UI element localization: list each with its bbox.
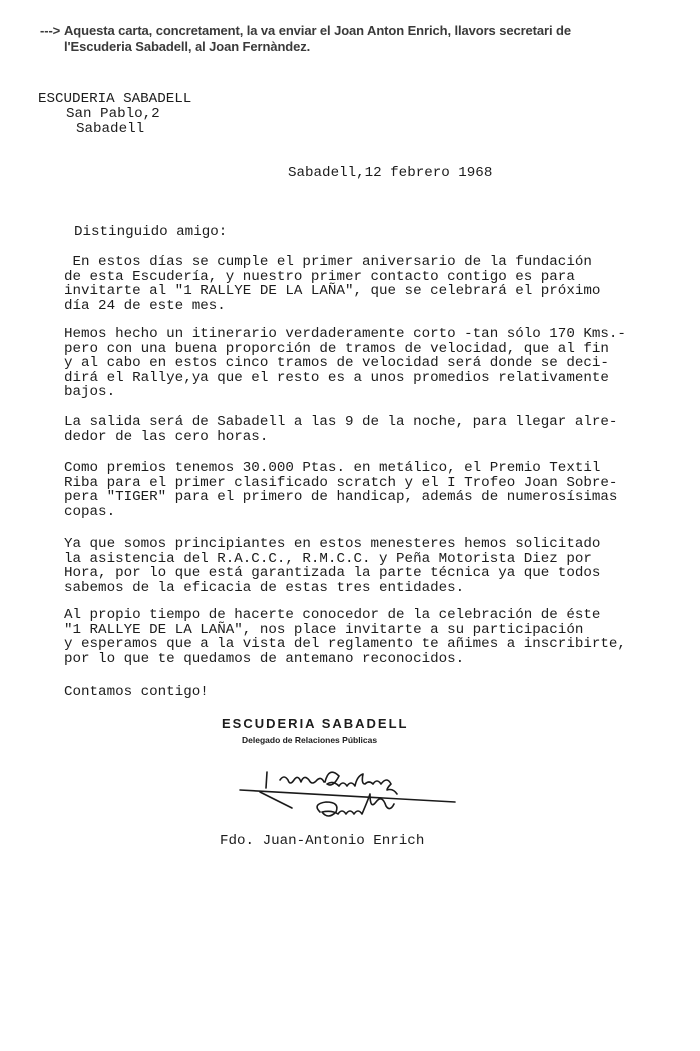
paragraph-line: invitarte al "1 RALLYE DE LA LAÑA", que …	[64, 284, 600, 299]
paragraph-line: y esperamos que a la vista del reglament…	[64, 637, 626, 652]
signed-name: Fdo. Juan-Antonio Enrich	[220, 834, 424, 849]
paragraph-line: pero con una buena proporción de tramos …	[64, 342, 626, 357]
paragraph-line: Riba para el primer clasificado scratch …	[64, 476, 617, 491]
paragraph-line: Como premios tenemos 30.000 Ptas. en met…	[64, 461, 617, 476]
paragraph-line: sabemos de la eficacia de estas tres ent…	[64, 581, 600, 596]
letter-date: Sabadell,12 febrero 1968	[288, 166, 492, 181]
stamp-role: Delegado de Relaciones Públicas	[242, 735, 377, 745]
paragraph-line: día 24 de este mes.	[64, 299, 600, 314]
paragraph-line: Hemos hecho un itinerario verdaderamente…	[64, 327, 626, 342]
paragraph-line: "1 RALLYE DE LA LAÑA", nos place invitar…	[64, 623, 626, 638]
paragraph-line: Ya que somos principiantes en estos mene…	[64, 537, 600, 552]
paragraph-line: La salida será de Sabadell a las 9 de la…	[64, 415, 617, 430]
greeting: Distinguido amigo:	[74, 225, 227, 240]
paragraph: Ya que somos principiantes en estos mene…	[64, 537, 600, 595]
sender-name: ESCUDERIA SABADELL	[38, 92, 191, 107]
paragraph-line: dirá el Rallye,ya que el resto es a unos…	[64, 371, 626, 386]
stamp-organization: ESCUDERIA SABADELL	[222, 716, 408, 731]
signature-icon	[230, 760, 480, 835]
paragraph: En estos días se cumple el primer aniver…	[64, 255, 600, 313]
paragraph: La salida será de Sabadell a las 9 de la…	[64, 415, 617, 444]
paragraph-line: dedor de las cero horas.	[64, 430, 617, 445]
paragraph-line: bajos.	[64, 385, 626, 400]
paragraph-line: Al propio tiempo de hacerte conocedor de…	[64, 608, 626, 623]
paragraph-line: la asistencia del R.A.C.C., R.M.C.C. y P…	[64, 552, 600, 567]
paragraph-line: Hora, por lo que está garantizada la par…	[64, 566, 600, 581]
paragraph-line: y al cabo en estos cinco tramos de veloc…	[64, 356, 626, 371]
paragraph-line: pera "TIGER" para el primero de handicap…	[64, 490, 617, 505]
closing-line: Contamos contigo!	[64, 685, 209, 700]
paragraph: Hemos hecho un itinerario verdaderamente…	[64, 327, 626, 400]
paragraph-line: de esta Escudería, y nuestro primer cont…	[64, 270, 600, 285]
sender-city: Sabadell	[76, 122, 144, 137]
paragraph-line: por lo que te quedamos de antemano recon…	[64, 652, 626, 667]
sender-address: San Pablo,2	[66, 107, 160, 122]
paragraph-line: copas.	[64, 505, 617, 520]
paragraph: Como premios tenemos 30.000 Ptas. en met…	[64, 461, 617, 519]
paragraph-line: En estos días se cumple el primer aniver…	[64, 255, 600, 270]
paragraph: Al propio tiempo de hacerte conocedor de…	[64, 608, 626, 666]
typewritten-letter: ESCUDERIA SABADELL San Pablo,2 Sabadell …	[0, 0, 700, 1051]
